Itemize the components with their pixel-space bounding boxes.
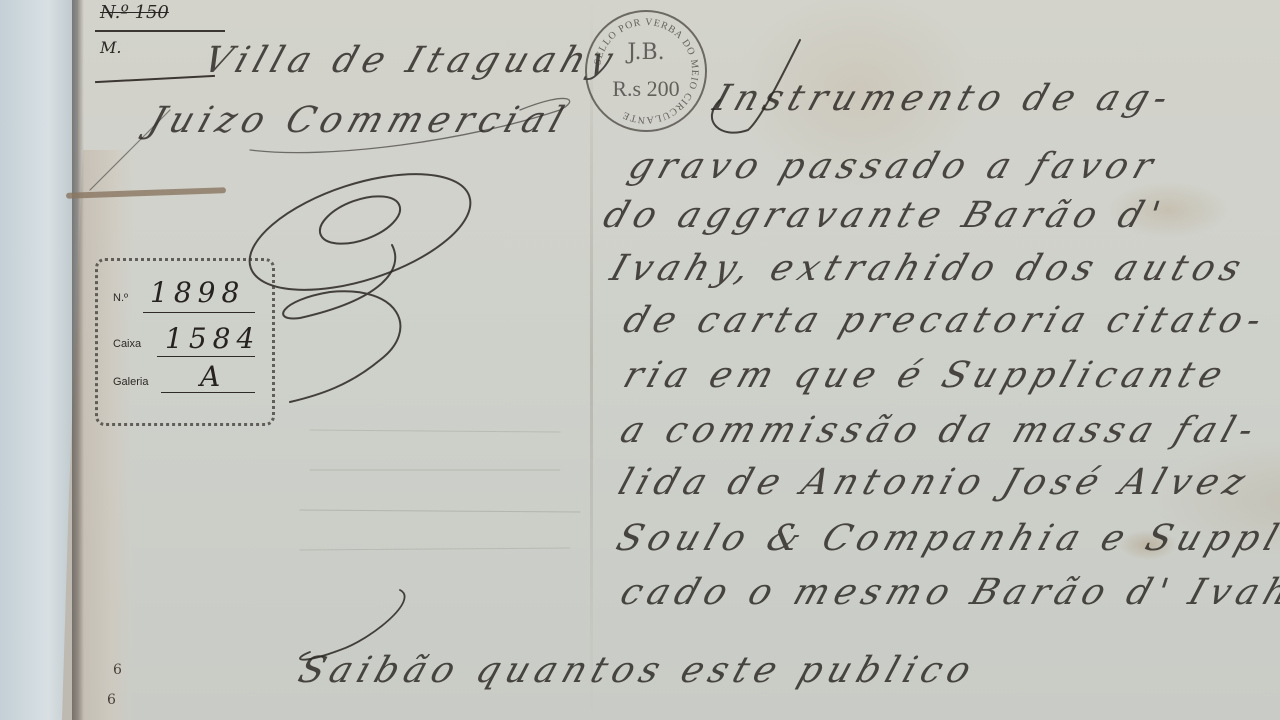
- archive-field-label-caixa: Caixa: [113, 338, 141, 350]
- margin-mark: 6: [113, 662, 122, 678]
- body-line: cado o mesmo Barão d' Ivahy: [615, 572, 1280, 613]
- tax-stamp: SELLO POR VERBA DO MEIO CIRCULANTE J.B. …: [585, 10, 707, 132]
- body-line: a commissão da massa fal-: [615, 410, 1264, 451]
- archive-rule: [157, 356, 255, 357]
- archive-field-value-numero: 1898: [150, 276, 245, 309]
- archive-rule: [161, 392, 255, 393]
- archive-field-value-galeria: A: [200, 360, 226, 393]
- archive-field-label-numero: N.º: [113, 292, 128, 304]
- stamp-monogram: J.B.: [587, 40, 705, 65]
- body-line: ria em que é Supplicante: [618, 355, 1233, 396]
- body-line: lida de Antonio José Alvez: [613, 462, 1256, 503]
- archive-field-label-galeria: Galeria: [113, 376, 148, 388]
- body-line: Instrumento de ag-: [708, 78, 1179, 119]
- body-line: do aggravante Barão d': [598, 195, 1171, 236]
- archive-label: N.º 1898 Caixa 1584 Galeria A: [95, 258, 275, 426]
- body-line: Soulo & Companhia e Suppli-: [611, 518, 1280, 559]
- margin-mark: 6: [107, 692, 116, 708]
- archive-field-value-caixa: 1584: [165, 322, 260, 355]
- stamp-ring-text: SELLO POR VERBA DO MEIO CIRCULANTE: [587, 12, 705, 130]
- stamp-value: R.s 200: [587, 76, 705, 102]
- body-line: Ivahy, extrahido dos autos: [605, 248, 1251, 289]
- svg-text:SELLO POR VERBA DO MEIO CIRCUL: SELLO POR VERBA DO MEIO CIRCULANTE: [592, 17, 700, 125]
- body-line: gravo passado a favor: [623, 146, 1163, 187]
- body-line: de carta precatoria citato-: [618, 300, 1272, 341]
- closing-line: Saibão quantos este publico: [293, 650, 982, 691]
- archive-rule: [143, 312, 255, 313]
